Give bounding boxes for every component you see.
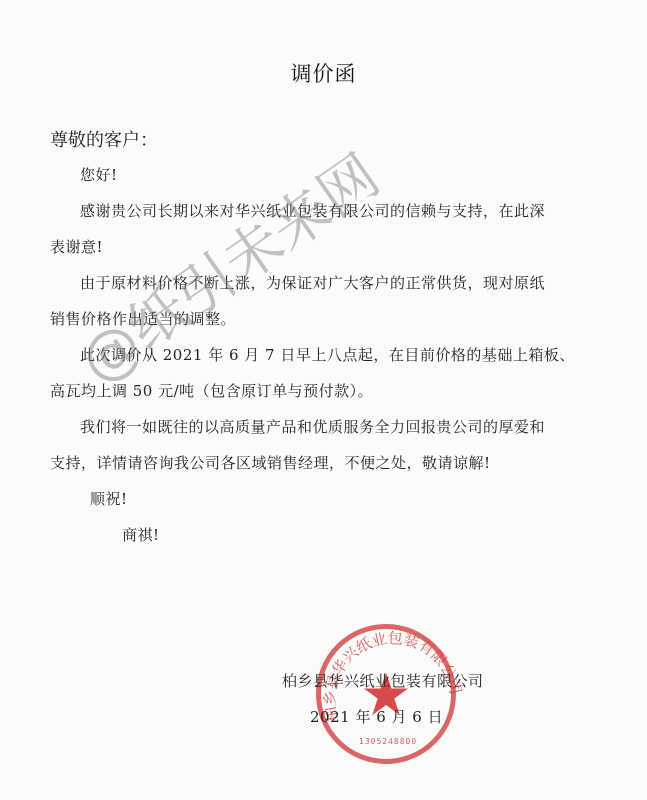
closing-regards: 商祺! xyxy=(122,524,160,545)
closing-wishes: 顺祝! xyxy=(90,488,128,509)
greeting: 您好! xyxy=(80,164,118,185)
paragraph-line: 销售价格作出适当的调整。 xyxy=(50,308,236,329)
salutation: 尊敬的客户： xyxy=(50,126,158,152)
paragraph-line: 支持，详情请咨询我公司各区域销售经理，不便之处，敬请谅解! xyxy=(50,452,491,473)
seal-code: 1305248800 xyxy=(359,737,417,746)
paragraph-line: 感谢贵公司长期以来对华兴纸业包装有限公司的信赖与支持，在此深 xyxy=(80,200,545,221)
paragraph-line: 表谢意! xyxy=(50,236,103,257)
signature-date: 2021 年 6 月 6 日 xyxy=(310,706,443,727)
price-adjustment-letter: 调价函 尊敬的客户： 您好! 感谢贵公司长期以来对华兴纸业包装有限公司的信赖与支… xyxy=(0,0,647,800)
paragraph-line: 由于原材料价格不断上涨，为保证对广大客户的正常供货，现对原纸 xyxy=(80,272,545,293)
paragraph-line: 我们将一如既往的以高质量产品和优质服务全力回报贵公司的厚爱和 xyxy=(80,416,545,437)
letter-title: 调价函 xyxy=(0,58,647,88)
paragraph-line: 此次调价从 2021 年 6 月 7 日早上八点起，在目前价格的基础上箱板、 xyxy=(80,344,575,365)
signature-company: 柏乡县华兴纸业包装有限公司 xyxy=(282,670,484,691)
company-seal: 柏乡县华兴纸业包装有限公司 1305248800 xyxy=(316,624,456,764)
paragraph-line: 高瓦均上调 50 元/吨（包含原订单与预付款）。 xyxy=(50,380,373,401)
